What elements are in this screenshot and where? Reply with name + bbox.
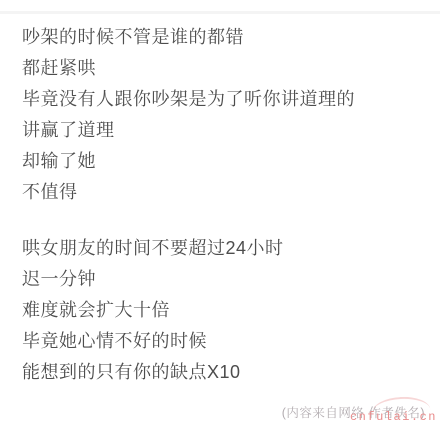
quote-text-block: 吵架的时候不管是谁的都错 都赶紧哄 毕竟没有人跟你吵架是为了听你讲道理的 讲赢了… [22, 22, 355, 388]
text-line: 毕竟她心情不好的时候 [22, 326, 355, 357]
text-line: 不值得 [22, 177, 355, 208]
text-line: 难度就会扩大十倍 [22, 295, 355, 326]
watermark-text: cnfulai.cn [350, 410, 437, 424]
quote-image: { "page": { "background": "#ffffff" }, "… [0, 0, 440, 427]
text-line: 迟一分钟 [22, 264, 355, 295]
text-line: 毕竟没有人跟你吵架是为了听你讲道理的 [22, 84, 355, 115]
paragraph-1: 吵架的时候不管是谁的都错 都赶紧哄 毕竟没有人跟你吵架是为了听你讲道理的 讲赢了… [22, 22, 355, 208]
footer: (内容来自网络 作者佚名) cnfulai.cn [0, 396, 440, 427]
text-line: 讲赢了道理 [22, 115, 355, 146]
text-line: 都赶紧哄 [22, 53, 355, 84]
text-line: 吵架的时候不管是谁的都错 [22, 22, 355, 53]
paragraph-2: 哄女朋友的时间不要超过24小时 迟一分钟 难度就会扩大十倍 毕竟她心情不好的时候… [22, 233, 355, 388]
top-divider [0, 11, 440, 14]
text-line: 能想到的只有你的缺点X10 [22, 357, 355, 388]
text-line: 却输了她 [22, 146, 355, 177]
text-line: 哄女朋友的时间不要超过24小时 [22, 233, 355, 264]
